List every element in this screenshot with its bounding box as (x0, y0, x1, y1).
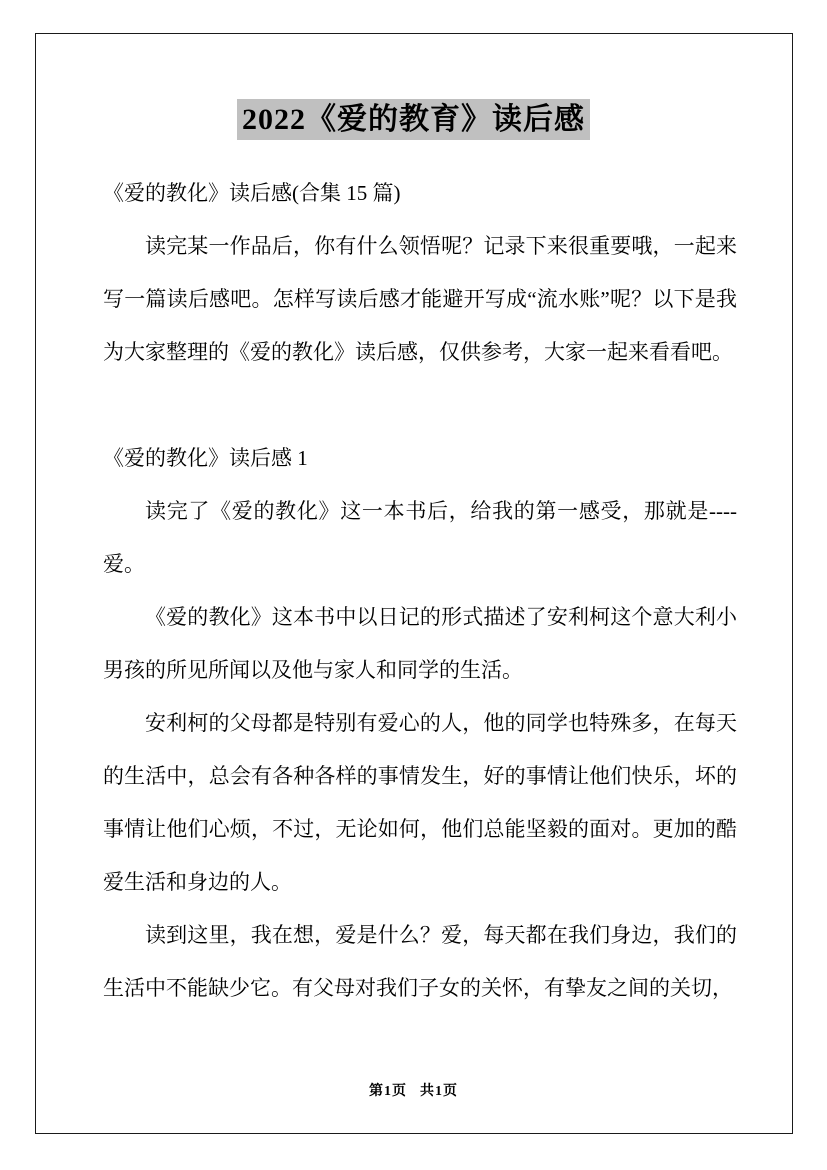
paragraph: 安利柯的父母都是特别有爱心的人，他的同学也特殊多，在每天的生活中，总会有各种各样… (103, 697, 737, 909)
title-row: 2022《爱的教育》读后感 (0, 99, 827, 140)
paragraph (103, 379, 737, 432)
paragraph: 《爱的教化》读后感 1 (103, 432, 737, 485)
page-title: 2022《爱的教育》读后感 (237, 99, 590, 140)
page-footer: 第1页共1页 (0, 1080, 827, 1100)
footer-page-number: 第1页 (369, 1084, 407, 1099)
paragraph: 《爱的教化》读后感(合集 15 篇) (103, 167, 737, 220)
paragraph: 读到这里，我在想，爱是什么？爱，每天都在我们身边，我们的生活中不能缺少它。有父母… (103, 909, 737, 1015)
document-page: 2022《爱的教育》读后感 《爱的教化》读后感(合集 15 篇)读完某一作品后，… (0, 0, 827, 1170)
paragraph: 《爱的教化》这本书中以日记的形式描述了安利柯这个意大利小男孩的所见所闻以及他与家… (103, 591, 737, 697)
footer-total-pages: 共1页 (420, 1084, 458, 1099)
document-body: 《爱的教化》读后感(合集 15 篇)读完某一作品后，你有什么领悟呢？记录下来很重… (103, 167, 737, 1015)
paragraph: 读完某一作品后，你有什么领悟呢？记录下来很重要哦，一起来写一篇读后感吧。怎样写读… (103, 220, 737, 379)
paragraph: 读完了《爱的教化》这一本书后，给我的第一感受，那就是----爱。 (103, 485, 737, 591)
